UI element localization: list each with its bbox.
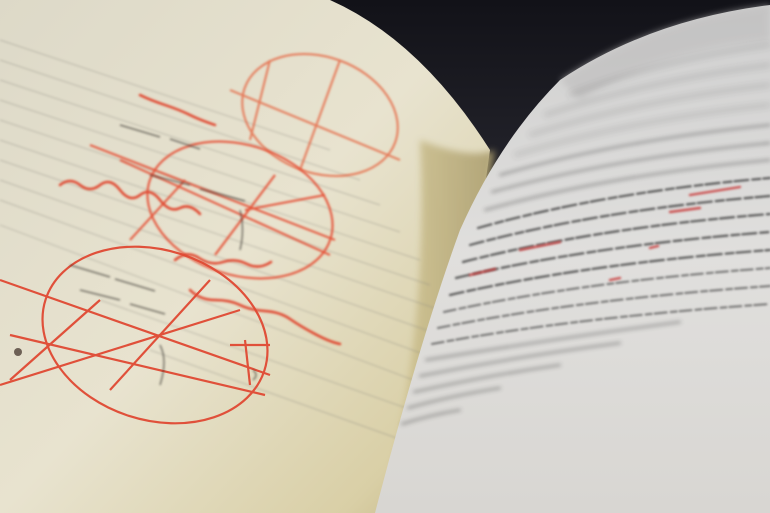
- ink-mark: [14, 348, 22, 356]
- manuscript-illustration: [0, 0, 770, 513]
- manuscript-photo: [0, 0, 770, 513]
